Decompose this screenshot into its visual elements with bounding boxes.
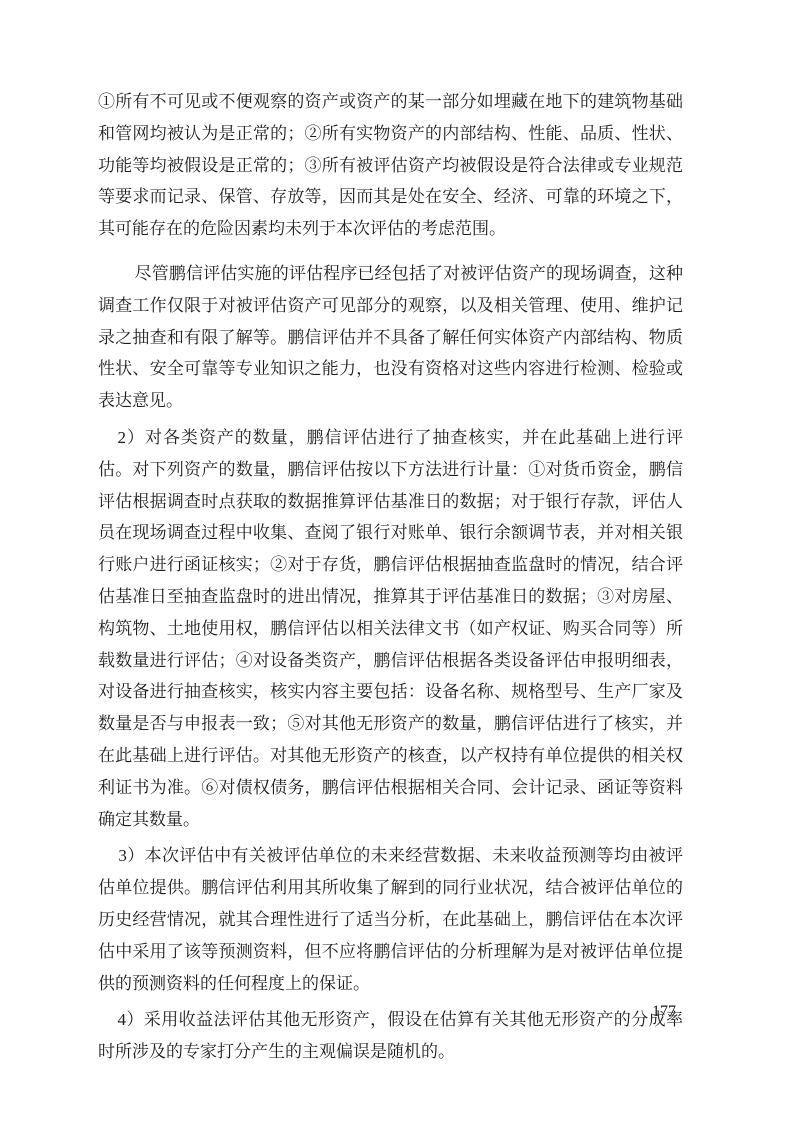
page-number: 177 [98, 1003, 676, 1021]
document-page: ①所有不可见或不便观察的资产或资产的某一部分如埋藏在地下的建筑物基础和管网均被认… [0, 0, 793, 1122]
paragraph-assumptions-continuation: ①所有不可见或不便观察的资产或资产的某一部分如埋藏在地下的建筑物基础和管网均被认… [98, 86, 683, 245]
paragraph-item-3-forecast-data: 3）本次评估中有关被评估单位的未来经营数据、未来收益预测等均由被评估单位提供。鹏… [98, 840, 683, 999]
paragraph-item-2-asset-quantity-verification: 2）对各类资产的数量，鹏信评估进行了抽查核实，并在此基础上进行评估。对下列资产的… [98, 422, 683, 835]
page-body-text: ①所有不可见或不便观察的资产或资产的某一部分如埋藏在地下的建筑物基础和管网均被认… [98, 86, 683, 1068]
paragraph-field-survey-limitations: 尽管鹏信评估实施的评估程序已经包括了对被评估资产的现场调查，这种调查工作仅限于对… [98, 258, 683, 417]
